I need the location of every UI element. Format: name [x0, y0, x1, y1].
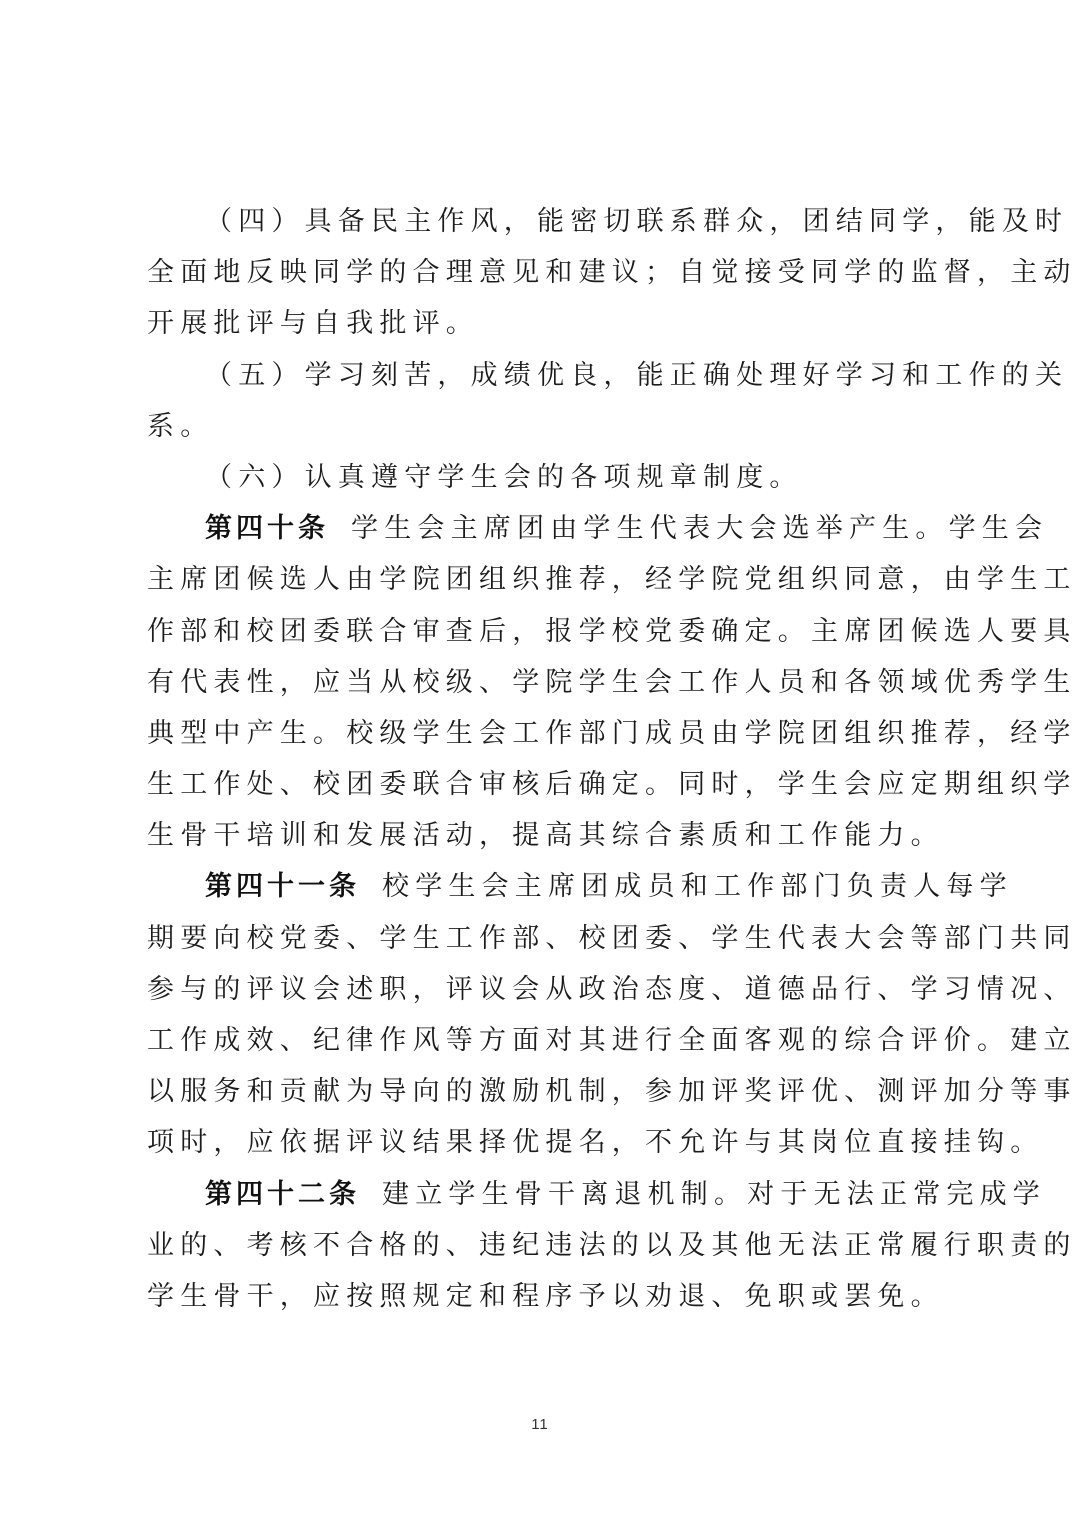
text-line: （四）具备民主作风，能密切联系群众，团结同学，能及时 [147, 196, 947, 247]
text-line: 作部和校团委联合审查后，报学校党委确定。主席团候选人要具 [147, 606, 947, 657]
article-number: 第四十条 [205, 513, 329, 544]
text-line: 项时，应依据评议结果择优提名，不允许与其岗位直接挂钩。 [147, 1117, 947, 1168]
paragraph-item-6: （六）认真遵守学生会的各项规章制度。 [147, 452, 947, 503]
text-line: 系。 [147, 401, 947, 452]
paragraph-item-5: （五）学习刻苦，成绩优良，能正确处理好学习和工作的关 系。 [147, 350, 947, 452]
text-line: 学生骨干，应按照规定和程序予以劝退、免职或罢免。 [147, 1271, 947, 1322]
article-number: 第四十一条 [205, 871, 360, 902]
text-line: 有代表性，应当从校级、学院学生会工作人员和各领域优秀学生 [147, 657, 947, 708]
text-line: 期要向校党委、学生工作部、校团委、学生代表大会等部门共同 [147, 913, 947, 964]
article-text: 建立学生骨干离退机制。对于无法正常完成学 [382, 1179, 1046, 1210]
text-line: 生骨干培训和发展活动，提高其综合素质和工作能力。 [147, 810, 947, 861]
text-line: 以服务和贡献为导向的激励机制，参加评奖评优、测评加分等事 [147, 1066, 947, 1117]
article-first-line: 第四十一条校学生会主席团成员和工作部门负责人每学 [147, 861, 947, 912]
article-first-line: 第四十二条建立学生骨干离退机制。对于无法正常完成学 [147, 1169, 947, 1220]
text-line: 典型中产生。校级学生会工作部门成员由学院团组织推荐，经学 [147, 708, 947, 759]
page-number: 11 [0, 1416, 1080, 1433]
text-line: 生工作处、校团委联合审核后确定。同时，学生会应定期组织学 [147, 759, 947, 810]
document-page: （四）具备民主作风，能密切联系群众，团结同学，能及时 全面地反映同学的合理意见和… [0, 0, 1080, 1527]
article-text: 学生会主席团由学生代表大会选举产生。学生会 [351, 513, 1048, 544]
document-body: （四）具备民主作风，能密切联系群众，团结同学，能及时 全面地反映同学的合理意见和… [147, 196, 947, 1322]
text-line: 业的、考核不合格的、违纪违法的以及其他无法正常履行职责的 [147, 1220, 947, 1271]
text-line: 开展批评与自我批评。 [147, 298, 947, 349]
text-line: 全面地反映同学的合理意见和建议；自觉接受同学的监督，主动 [147, 247, 947, 298]
article-text: 校学生会主席团成员和工作部门负责人每学 [382, 871, 1013, 902]
text-line: 参与的评议会述职，评议会从政治态度、道德品行、学习情况、 [147, 964, 947, 1015]
article-42: 第四十二条建立学生骨干离退机制。对于无法正常完成学 业的、考核不合格的、违纪违法… [147, 1169, 947, 1323]
text-line: 工作成效、纪律作风等方面对其进行全面客观的综合评价。建立 [147, 1015, 947, 1066]
text-line: （五）学习刻苦，成绩优良，能正确处理好学习和工作的关 [147, 350, 947, 401]
article-number: 第四十二条 [205, 1179, 360, 1210]
paragraph-item-4: （四）具备民主作风，能密切联系群众，团结同学，能及时 全面地反映同学的合理意见和… [147, 196, 947, 350]
text-line: （六）认真遵守学生会的各项规章制度。 [147, 452, 947, 503]
text-line: 主席团候选人由学院团组织推荐，经学院党组织同意，由学生工 [147, 554, 947, 605]
article-first-line: 第四十条学生会主席团由学生代表大会选举产生。学生会 [147, 503, 947, 554]
article-40: 第四十条学生会主席团由学生代表大会选举产生。学生会 主席团候选人由学院团组织推荐… [147, 503, 947, 861]
article-41: 第四十一条校学生会主席团成员和工作部门负责人每学 期要向校党委、学生工作部、校团… [147, 861, 947, 1168]
